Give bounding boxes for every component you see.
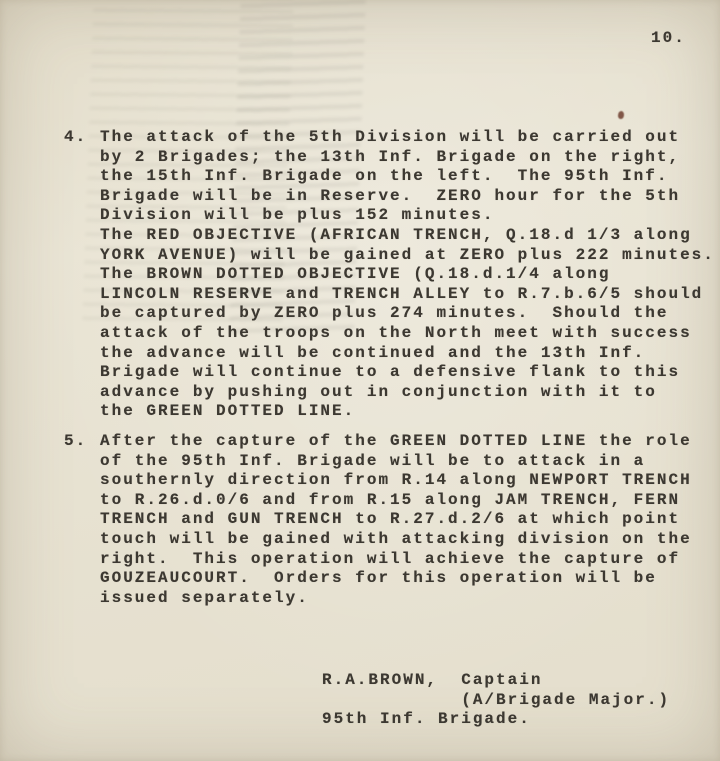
text-line: The RED OBJECTIVE (AFRICAN TRENCH, Q.18.… [100, 226, 715, 246]
paragraph-4-marker: 4. [64, 128, 87, 148]
text-line: YORK AVENUE) will be gained at ZERO plus… [100, 246, 715, 266]
text-line: After the capture of the GREEN DOTTED LI… [100, 432, 692, 452]
text-line: attack of the troops on the North meet w… [100, 324, 715, 344]
text-line: LINCOLN RESERVE and TRENCH ALLEY to R.7.… [100, 285, 715, 305]
text-line: the 15th Inf. Brigade on the left. The 9… [100, 167, 715, 187]
text-line: Brigade will be in Reserve. ZERO hour fo… [100, 187, 715, 207]
text-line: issued separately. [100, 589, 692, 609]
text-line: Division will be plus 152 minutes. [100, 206, 715, 226]
document-page: 10. 4. The attack of the 5th Division wi… [0, 0, 720, 761]
text-line: TRENCH and GUN TRENCH to R.27.d.2/6 at w… [100, 510, 692, 530]
text-line: southernly direction from R.14 along NEW… [100, 471, 692, 491]
page-number: 10. [651, 29, 686, 49]
text-line: the GREEN DOTTED LINE. [100, 402, 715, 422]
text-line: of the 95th Inf. Brigade will be to atta… [100, 452, 692, 472]
paragraph-5-marker: 5. [64, 432, 87, 452]
signature-name-line: R.A.BROWN, Captain [322, 671, 670, 691]
text-line: the advance will be continued and the 13… [100, 344, 715, 364]
ink-speck [618, 111, 624, 119]
text-line: touch will be gained with attacking divi… [100, 530, 692, 550]
text-line: right. This operation will achieve the c… [100, 550, 692, 570]
signature-block: R.A.BROWN, Captain (A/Brigade Major.) 95… [322, 671, 670, 730]
text-line: advance by pushing out in conjunction wi… [100, 383, 715, 403]
text-line: The attack of the 5th Division will be c… [100, 128, 715, 148]
paragraph-4: 4. The attack of the 5th Division will b… [100, 128, 715, 422]
text-line: The BROWN DOTTED OBJECTIVE (Q.18.d.1/4 a… [100, 265, 715, 285]
text-line: be captured by ZERO plus 274 minutes. Sh… [100, 304, 715, 324]
paragraph-5-body: After the capture of the GREEN DOTTED LI… [100, 432, 692, 608]
signature-title-line: (A/Brigade Major.) [322, 691, 670, 711]
paragraph-4-body: The attack of the 5th Division will be c… [100, 128, 715, 422]
text-line: to R.26.d.0/6 and from R.15 along JAM TR… [100, 491, 692, 511]
text-line: Brigade will continue to a defensive fla… [100, 363, 715, 383]
signature-unit-line: 95th Inf. Brigade. [322, 710, 670, 730]
text-line: GOUZEAUCOURT. Orders for this operation … [100, 569, 692, 589]
paragraph-5: 5. After the capture of the GREEN DOTTED… [100, 432, 692, 608]
text-line: by 2 Brigades; the 13th Inf. Brigade on … [100, 148, 715, 168]
